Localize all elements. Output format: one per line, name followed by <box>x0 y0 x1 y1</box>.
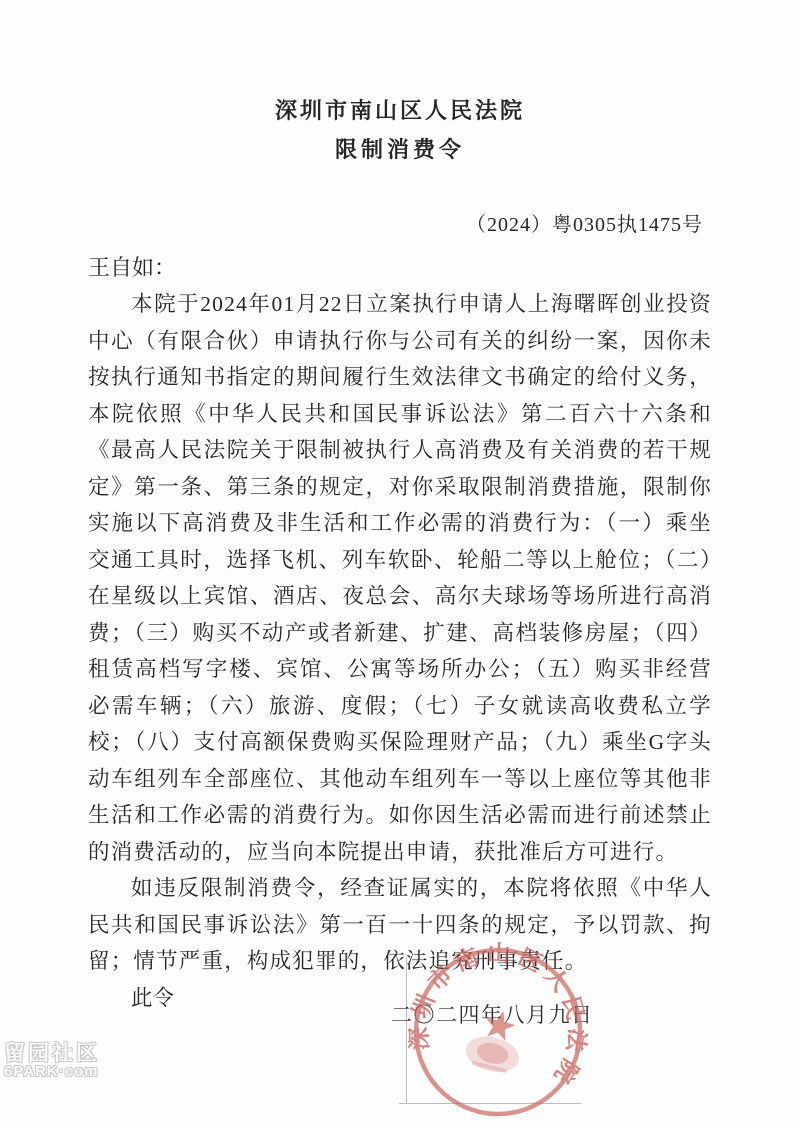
seal-emblem-base <box>471 1061 507 1074</box>
body-paragraph-1: 本院于2024年01月22日立案执行申请人上海曙晖创业投资中心（有限合伙）申请执… <box>88 286 712 870</box>
document-title: 限制消费令 <box>0 136 800 164</box>
document-body: 本院于2024年01月22日立案执行申请人上海曙晖创业投资中心（有限合伙）申请执… <box>88 286 712 980</box>
watermark-latin-text: 6PARK·com <box>4 1064 100 1081</box>
addressee-line: 王自如： <box>88 253 800 283</box>
case-number: （2024）粤0305执1475号 <box>0 211 800 239</box>
issue-date: 二〇二四年八月九日 <box>391 999 594 1029</box>
site-watermark: 留园社区 6PARK·com <box>4 1042 100 1081</box>
court-name-heading: 深圳市南山区人民法院 <box>0 0 800 125</box>
seal-box-horizontal-line <box>399 1103 581 1104</box>
scanned-document-page: 深圳市南山区人民法院 限制消费令 （2024）粤0305执1475号 王自如： … <box>0 0 800 1129</box>
seal-emblem-blob <box>462 1031 523 1077</box>
seal-emblem-blob-inner <box>475 1040 511 1067</box>
watermark-chinese-text: 留园社区 <box>4 1042 100 1065</box>
seal-box-vertical-line <box>406 957 407 1104</box>
body-paragraph-2: 如违反限制消费令，经查证属实的，本院将依照《中华人民共和国民事诉讼法》第一百一十… <box>88 870 712 980</box>
